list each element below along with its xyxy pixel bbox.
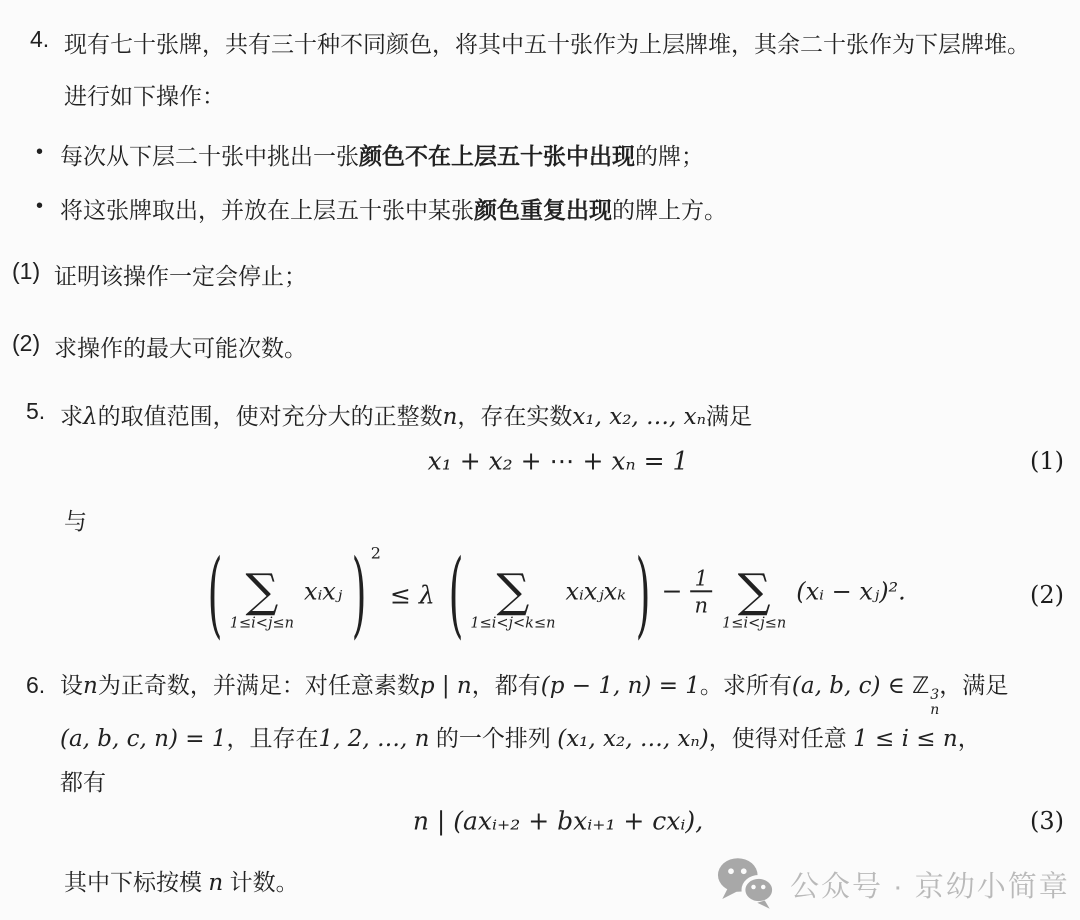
sigma-icon: ∑ [738, 570, 771, 611]
p6-seg-math: n [83, 673, 98, 699]
watermark-text: 公众号 · 京幼小简章 [790, 864, 1070, 905]
equation-3-body: n | (axᵢ₊₂ + bxᵢ₊₁ + cxᵢ), [413, 807, 703, 836]
fraction-numerator: 1 [691, 566, 712, 590]
sum-2-term: xᵢxⱼxₖ [565, 577, 626, 605]
sum-1-term: xᵢxⱼ [304, 577, 342, 605]
p6-seg-cn: 为正奇数，并满足：对任意素数 [98, 672, 420, 698]
sum-3-limits: 1≤i<j≤n [722, 616, 786, 632]
problem-6-body: 设n为正奇数，并满足：对任意素数p | n，都有(p − 1, n) = 1。求… [60, 664, 1008, 804]
p6-seg-cn: 。求所有 [700, 672, 792, 698]
sum-1-limits: 1≤i<j≤n [230, 616, 294, 632]
close-paren: ) [352, 548, 367, 642]
p6-seg-cn: ，且存在 [226, 725, 318, 751]
problem-6-line1: 设n为正奇数，并满足：对任意素数p | n，都有(p − 1, n) = 1。求… [60, 664, 1008, 717]
equation-1: x₁ + x₂ + ⋯ + xₙ = 1 (1) [0, 440, 1080, 482]
z-subscript: n [930, 703, 939, 718]
problem-5-text: 求λ的取值范围，使对充分大的正整数n，存在实数x₁, x₂, …, xₙ满足 [60, 398, 752, 431]
minus-sign: − [662, 576, 683, 605]
p6-seg-cn: ，使得对任意 [709, 725, 853, 751]
equation-2-body: ( ∑ 1≤i<j≤n xᵢxⱼ ) 2 ≤ λ ( ∑ 1≤i<j<k≤n x… [204, 564, 912, 625]
open-paren: ( [208, 548, 223, 642]
bullet-2-bold: 颜色重复出现 [474, 197, 612, 223]
sum-1: ∑ 1≤i<j≤n [230, 570, 294, 631]
p6-seg-math: p | n [420, 673, 472, 699]
bullet-icon: • [36, 138, 60, 166]
p6-seg-math: 1, 2, …, n [318, 726, 429, 752]
close-paren: ) [635, 548, 650, 642]
equation-1-number: (1) [1030, 447, 1064, 475]
sigma-icon: ∑ [496, 570, 529, 611]
bullet-1-post: 的牌； [635, 143, 704, 169]
bullet-2-post: 的牌上方。 [612, 197, 727, 223]
p5-seg-cn: 的取值范围，使对充分大的正整数 [98, 403, 443, 429]
problem-4-header: 4. 现有七十张牌，共有三十种不同颜色，将其中五十张作为上层牌堆，其余二十张作为… [30, 26, 1070, 59]
p5-seg-math: λ [83, 404, 98, 430]
sum-2: ∑ 1≤i<j<k≤n [470, 570, 555, 631]
square-exponent: 2 [371, 543, 381, 562]
part-1-label: (1) [12, 258, 54, 285]
bullet-1-text: 每次从下层二十张中挑出一张颜色不在上层五十张中出现的牌； [60, 138, 704, 171]
p5-seg-cn: 满足 [706, 403, 752, 429]
equation-3: n | (axᵢ₊₂ + bxᵢ₊₁ + cxᵢ), (3) [0, 798, 1080, 844]
bullet-2-pre: 将这张牌取出，并放在上层五十张中某张 [60, 197, 474, 223]
p6-seg-math: (a, b, c) ∈ ℤ [792, 673, 929, 699]
relation-lambda: ≤ λ [390, 580, 435, 609]
fraction-1-over-n: 1 n [691, 566, 713, 617]
problem-5-number: 5. [26, 398, 60, 425]
part-1: (1) 证明该操作一定会停止； [12, 258, 307, 291]
fraction-denominator: n [691, 590, 713, 617]
p6-seg-math: (x₁, x₂, …, xₙ) [557, 726, 709, 752]
problem-6: 6. 设n为正奇数，并满足：对任意素数p | n，都有(p − 1, n) = … [26, 664, 1072, 804]
bullet-icon: • [36, 192, 60, 220]
p6-seg-cn: 都有 [60, 769, 106, 795]
bullet-item-1: • 每次从下层二十张中挑出一张颜色不在上层五十张中出现的牌； [36, 138, 1046, 171]
equation-1-body: x₁ + x₂ + ⋯ + xₙ = 1 [428, 447, 689, 476]
open-paren: ( [448, 548, 463, 642]
problem-6-number: 6. [26, 664, 60, 707]
problem-4-line1: 现有七十张牌，共有三十种不同颜色，将其中五十张作为上层牌堆，其余二十张作为下层牌… [64, 26, 1030, 59]
problem-5-header: 5. 求λ的取值范围，使对充分大的正整数n，存在实数x₁, x₂, …, xₙ满… [26, 398, 1066, 431]
p6-seg-cn: 设 [60, 672, 83, 698]
p5-seg-cn: ，存在实数 [457, 403, 572, 429]
part-2-label: (2) [12, 330, 54, 357]
p6-seg-cn: 的一个排列 [429, 725, 557, 751]
z-superscript: 3 [930, 688, 939, 703]
conjunction-text: 与 [64, 503, 87, 536]
z-mod-n-cubed: 3n [930, 688, 939, 717]
sigma-icon: ∑ [245, 570, 278, 611]
p6-seg-math: 1 ≤ i ≤ n [853, 726, 958, 752]
footer-seg-cn: 计数。 [223, 869, 298, 895]
wechat-icon [716, 856, 776, 912]
equation-3-number: (3) [1030, 807, 1064, 835]
sum-3: ∑ 1≤i<j≤n [722, 570, 786, 631]
part-2: (2) 求操作的最大可能次数。 [12, 330, 307, 363]
sum-2-limits: 1≤i<j<k≤n [470, 616, 555, 632]
equation-2-number: (2) [1030, 581, 1064, 609]
equation-2: ( ∑ 1≤i<j≤n xᵢxⱼ ) 2 ≤ λ ( ∑ 1≤i<j<k≤n x… [0, 535, 1080, 655]
footer-note: 其中下标按模 n 计数。 [64, 864, 299, 897]
footer-seg-cn: 其中下标按模 [64, 869, 208, 895]
part-2-text: 求操作的最大可能次数。 [54, 330, 307, 363]
bullet-2-text: 将这张牌取出，并放在上层五十张中某张颜色重复出现的牌上方。 [60, 192, 727, 225]
problem-4-line2: 进行如下操作： [64, 78, 225, 111]
p5-seg-math: x₁, x₂, …, xₙ [572, 404, 706, 430]
bullet-item-2: • 将这张牌取出，并放在上层五十张中某张颜色重复出现的牌上方。 [36, 192, 1046, 225]
footer-seg-math: n [208, 870, 223, 896]
sum-3-term: (xᵢ − xⱼ)². [796, 577, 906, 605]
p6-seg-cn: ，都有 [472, 672, 541, 698]
watermark: 公众号 · 京幼小简章 [716, 856, 1070, 912]
p5-seg-cn: 求 [60, 403, 83, 429]
p6-seg-math: (a, b, c, n) = 1 [60, 726, 226, 752]
document-page: 4. 现有七十张牌，共有三十种不同颜色，将其中五十张作为上层牌堆，其余二十张作为… [0, 0, 1080, 920]
problem-4-number: 4. [30, 26, 64, 53]
bullet-1-bold: 颜色不在上层五十张中出现 [359, 143, 635, 169]
p6-seg-cn: ， [958, 725, 981, 751]
problem-6-line2: (a, b, c, n) = 1，且存在1, 2, …, n 的一个排列 (x₁… [60, 717, 1008, 761]
bullet-1-pre: 每次从下层二十张中挑出一张 [60, 143, 359, 169]
p6-seg-math: (p − 1, n) = 1 [541, 673, 700, 699]
part-1-text: 证明该操作一定会停止； [54, 258, 307, 291]
p5-seg-math: n [443, 404, 458, 430]
p6-seg-cn: ，满足 [939, 672, 1008, 698]
